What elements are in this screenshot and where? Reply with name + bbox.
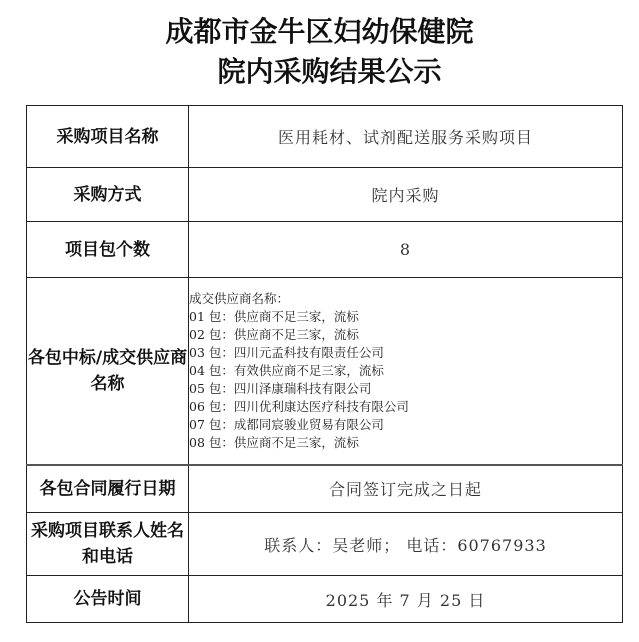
- list-heading: 成交供应商名称：: [189, 290, 622, 308]
- list-item: 08 包：供应商不足三家，流标: [189, 434, 622, 452]
- list-item: 05 包：四川泽康瑞科技有限公司: [189, 380, 622, 398]
- winning-suppliers-list: 成交供应商名称： 01 包：供应商不足三家，流标 02 包：供应商不足三家，流标…: [189, 278, 623, 465]
- list-item: 01 包：供应商不足三家，流标: [189, 308, 622, 326]
- label-contract-date: 各包合同履行日期: [27, 465, 189, 513]
- table-row-winning-suppliers: 各包中标/成交供应商名称 成交供应商名称： 01 包：供应商不足三家，流标 02…: [27, 278, 623, 465]
- list-item: 02 包：供应商不足三家，流标: [189, 326, 622, 344]
- value-procurement-method: 院内采购: [189, 168, 623, 222]
- value-announcement-date: 2025 年 7 月 25 日: [189, 576, 623, 623]
- list-item: 03 包：四川元孟科技有限责任公司: [189, 344, 622, 362]
- table-row-project-name: 采购项目名称 医用耗材、试剂配送服务采购项目: [27, 106, 623, 168]
- list-item: 04 包：有效供应商不足三家，流标: [189, 362, 622, 380]
- list-item: 07 包：成都同宸骏业贸易有限公司: [189, 416, 622, 434]
- label-project-name: 采购项目名称: [27, 106, 189, 168]
- value-package-count: 8: [189, 222, 623, 278]
- page-title-line1: 成都市金牛区妇幼保健院: [0, 10, 639, 50]
- label-contact: 采购项目联系人姓名和电话: [27, 513, 189, 576]
- page-title-line2: 院内采购结果公示: [10, 50, 639, 90]
- table-row-announcement-date: 公告时间 2025 年 7 月 25 日: [27, 576, 623, 623]
- procurement-result-table: 采购项目名称 医用耗材、试剂配送服务采购项目 采购方式 院内采购 项目包个数 8…: [26, 105, 623, 623]
- label-package-count: 项目包个数: [27, 222, 189, 278]
- value-contact: 联系人：吴老师； 电话：60767933: [189, 513, 623, 576]
- table-row-package-count: 项目包个数 8: [27, 222, 623, 278]
- label-winning-suppliers: 各包中标/成交供应商名称: [27, 278, 189, 465]
- table-row-procurement-method: 采购方式 院内采购: [27, 168, 623, 222]
- label-announcement-date: 公告时间: [27, 576, 189, 623]
- value-contract-date: 合同签订完成之日起: [189, 465, 623, 513]
- list-item: 06 包：四川优利康达医疗科技有限公司: [189, 398, 622, 416]
- table-row-contract-date: 各包合同履行日期 合同签订完成之日起: [27, 465, 623, 513]
- value-project-name: 医用耗材、试剂配送服务采购项目: [189, 106, 623, 168]
- label-procurement-method: 采购方式: [27, 168, 189, 222]
- table-row-contact: 采购项目联系人姓名和电话 联系人：吴老师； 电话：60767933: [27, 513, 623, 576]
